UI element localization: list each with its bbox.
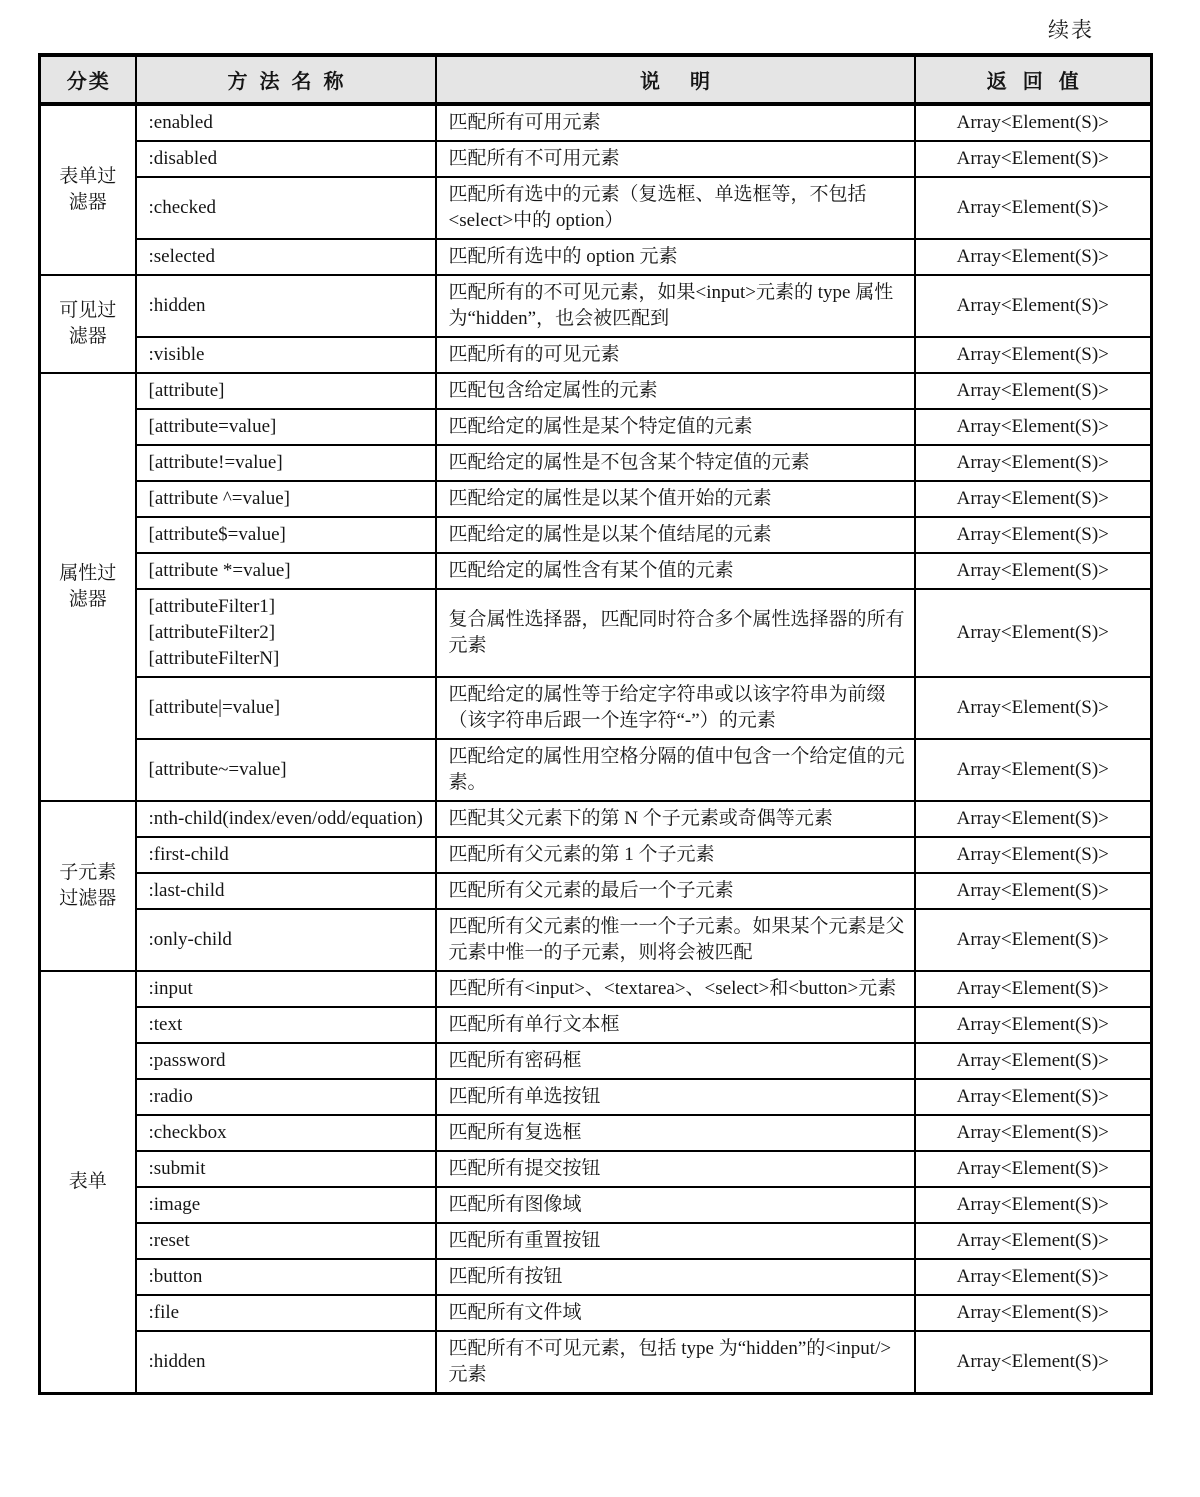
method-name-cell: :checkbox	[136, 1115, 436, 1151]
return-value-cell: Array<Element(S)>	[915, 481, 1152, 517]
return-value-cell: Array<Element(S)>	[915, 275, 1152, 337]
return-value-cell: Array<Element(S)>	[915, 1331, 1152, 1394]
description-cell: 匹配给定的属性是以某个值开始的元素	[436, 481, 915, 517]
selector-reference-table: 分类 方法名称 说明 返回值 表单过滤器:enabled匹配所有可用元素Arra…	[38, 53, 1153, 1395]
continued-table-label: 续表	[38, 14, 1150, 44]
method-name-cell: [attribute ^=value]	[136, 481, 436, 517]
document-page: 续表 分类 方法名称 说明 返回值 表单过滤器:enabled匹配所有可用元素A…	[38, 0, 1150, 1395]
description-cell: 匹配所有选中的 option 元素	[436, 239, 915, 275]
table-row: [attribute ^=value]匹配给定的属性是以某个值开始的元素Arra…	[40, 481, 1152, 517]
method-name-cell: :disabled	[136, 141, 436, 177]
description-cell: 匹配所有选中的元素（复选框、单选框等，不包括<select>中的 option）	[436, 177, 915, 239]
return-value-cell: Array<Element(S)>	[915, 1151, 1152, 1187]
table-row: 子元素过滤器:nth-child(index/even/odd/equation…	[40, 801, 1152, 837]
method-name-cell: :hidden	[136, 1331, 436, 1394]
return-value-cell: Array<Element(S)>	[915, 801, 1152, 837]
description-cell: 匹配给定的属性是以某个值结尾的元素	[436, 517, 915, 553]
category-label: 可见过滤器	[59, 298, 116, 350]
method-name-cell: :image	[136, 1187, 436, 1223]
description-cell: 匹配给定的属性是不包含某个特定值的元素	[436, 445, 915, 481]
method-name-cell: :file	[136, 1295, 436, 1331]
method-name-cell: [attribute~=value]	[136, 739, 436, 801]
description-cell: 匹配所有密码框	[436, 1043, 915, 1079]
method-name-cell: :button	[136, 1259, 436, 1295]
table-row: :visible匹配所有的可见元素Array<Element(S)>	[40, 337, 1152, 373]
return-value-cell: Array<Element(S)>	[915, 1043, 1152, 1079]
table-row: :button匹配所有按钮Array<Element(S)>	[40, 1259, 1152, 1295]
table-row: :disabled匹配所有不可用元素Array<Element(S)>	[40, 141, 1152, 177]
method-name-cell: :enabled	[136, 104, 436, 141]
return-value-cell: Array<Element(S)>	[915, 739, 1152, 801]
category-label: 子元素过滤器	[59, 860, 116, 912]
method-name-cell: [attribute *=value]	[136, 553, 436, 589]
category-cell: 表单	[40, 971, 136, 1394]
table-header-row: 分类 方法名称 说明 返回值	[40, 55, 1152, 104]
return-value-cell: Array<Element(S)>	[915, 373, 1152, 409]
table-row: :radio匹配所有单选按钮Array<Element(S)>	[40, 1079, 1152, 1115]
method-name-cell: [attribute$=value]	[136, 517, 436, 553]
return-value-cell: Array<Element(S)>	[915, 1007, 1152, 1043]
table-row: [attribute~=value]匹配给定的属性用空格分隔的值中包含一个给定值…	[40, 739, 1152, 801]
method-name-cell: [attribute|=value]	[136, 677, 436, 739]
return-value-cell: Array<Element(S)>	[915, 837, 1152, 873]
table-row: :checkbox匹配所有复选框Array<Element(S)>	[40, 1115, 1152, 1151]
method-name-cell: :last-child	[136, 873, 436, 909]
return-value-cell: Array<Element(S)>	[915, 553, 1152, 589]
table-row: :reset匹配所有重置按钮Array<Element(S)>	[40, 1223, 1152, 1259]
method-name-cell: :first-child	[136, 837, 436, 873]
header-return-value: 返回值	[915, 55, 1152, 104]
method-name-cell: [attribute!=value]	[136, 445, 436, 481]
return-value-cell: Array<Element(S)>	[915, 239, 1152, 275]
description-cell: 匹配给定的属性等于给定字符串或以该字符串为前缀（该字符串后跟一个连字符“-”）的…	[436, 677, 915, 739]
category-cell: 子元素过滤器	[40, 801, 136, 971]
table-row: :first-child匹配所有父元素的第 1 个子元素Array<Elemen…	[40, 837, 1152, 873]
table-row: [attribute *=value]匹配给定的属性含有某个值的元素Array<…	[40, 553, 1152, 589]
table-row: :submit匹配所有提交按钮Array<Element(S)>	[40, 1151, 1152, 1187]
description-cell: 匹配所有不可用元素	[436, 141, 915, 177]
description-cell: 匹配所有图像域	[436, 1187, 915, 1223]
table-row: :selected匹配所有选中的 option 元素Array<Element(…	[40, 239, 1152, 275]
return-value-cell: Array<Element(S)>	[915, 445, 1152, 481]
return-value-cell: Array<Element(S)>	[915, 1115, 1152, 1151]
description-cell: 匹配所有提交按钮	[436, 1151, 915, 1187]
description-cell: 匹配给定的属性是某个特定值的元素	[436, 409, 915, 445]
method-name-cell: :hidden	[136, 275, 436, 337]
method-name-cell: :input	[136, 971, 436, 1007]
method-name-cell: :only-child	[136, 909, 436, 971]
description-cell: 复合属性选择器，匹配同时符合多个属性选择器的所有元素	[436, 589, 915, 677]
description-cell: 匹配所有文件域	[436, 1295, 915, 1331]
table-row: :hidden匹配所有不可见元素，包括 type 为“hidden”的<inpu…	[40, 1331, 1152, 1394]
table-body: 表单过滤器:enabled匹配所有可用元素Array<Element(S)>:d…	[40, 104, 1152, 1394]
description-cell: 匹配包含给定属性的元素	[436, 373, 915, 409]
description-cell: 匹配所有不可见元素，包括 type 为“hidden”的<input/>元素	[436, 1331, 915, 1394]
description-cell: 匹配所有单行文本框	[436, 1007, 915, 1043]
description-cell: 匹配所有按钮	[436, 1259, 915, 1295]
method-name-cell: :submit	[136, 1151, 436, 1187]
return-value-cell: Array<Element(S)>	[915, 1079, 1152, 1115]
table-row: [attributeFilter1] [attributeFilter2] [a…	[40, 589, 1152, 677]
return-value-cell: Array<Element(S)>	[915, 909, 1152, 971]
return-value-cell: Array<Element(S)>	[915, 677, 1152, 739]
table-row: :password匹配所有密码框Array<Element(S)>	[40, 1043, 1152, 1079]
table-row: 表单:input匹配所有<input>、<textarea>、<select>和…	[40, 971, 1152, 1007]
table-row: :last-child匹配所有父元素的最后一个子元素Array<Element(…	[40, 873, 1152, 909]
description-cell: 匹配所有复选框	[436, 1115, 915, 1151]
category-cell: 属性过滤器	[40, 373, 136, 801]
category-label: 表单	[59, 1169, 116, 1195]
header-method-name: 方法名称	[136, 55, 436, 104]
method-name-cell: [attributeFilter1] [attributeFilter2] [a…	[136, 589, 436, 677]
description-cell: 匹配所有父元素的惟一一个子元素。如果某个元素是父元素中惟一的子元素，则将会被匹配	[436, 909, 915, 971]
description-cell: 匹配给定的属性含有某个值的元素	[436, 553, 915, 589]
table-row: [attribute!=value]匹配给定的属性是不包含某个特定值的元素Arr…	[40, 445, 1152, 481]
return-value-cell: Array<Element(S)>	[915, 104, 1152, 141]
table-row: :image匹配所有图像域Array<Element(S)>	[40, 1187, 1152, 1223]
method-name-cell: :visible	[136, 337, 436, 373]
return-value-cell: Array<Element(S)>	[915, 1259, 1152, 1295]
return-value-cell: Array<Element(S)>	[915, 873, 1152, 909]
return-value-cell: Array<Element(S)>	[915, 517, 1152, 553]
method-name-cell: :password	[136, 1043, 436, 1079]
table-row: :text匹配所有单行文本框Array<Element(S)>	[40, 1007, 1152, 1043]
method-name-cell: :radio	[136, 1079, 436, 1115]
description-cell: 匹配所有可用元素	[436, 104, 915, 141]
method-name-cell: [attribute]	[136, 373, 436, 409]
description-cell: 匹配所有的不可见元素，如果<input>元素的 type 属性为“hidden”…	[436, 275, 915, 337]
table-row: :file匹配所有文件域Array<Element(S)>	[40, 1295, 1152, 1331]
table-row: :only-child匹配所有父元素的惟一一个子元素。如果某个元素是父元素中惟一…	[40, 909, 1152, 971]
return-value-cell: Array<Element(S)>	[915, 177, 1152, 239]
category-cell: 表单过滤器	[40, 104, 136, 275]
table-row: [attribute|=value]匹配给定的属性等于给定字符串或以该字符串为前…	[40, 677, 1152, 739]
category-label: 表单过滤器	[59, 164, 116, 216]
method-name-cell: [attribute=value]	[136, 409, 436, 445]
description-cell: 匹配所有的可见元素	[436, 337, 915, 373]
table-row: 表单过滤器:enabled匹配所有可用元素Array<Element(S)>	[40, 104, 1152, 141]
return-value-cell: Array<Element(S)>	[915, 589, 1152, 677]
description-cell: 匹配给定的属性用空格分隔的值中包含一个给定值的元素。	[436, 739, 915, 801]
category-label: 属性过滤器	[59, 561, 116, 613]
table-row: :checked匹配所有选中的元素（复选框、单选框等，不包括<select>中的…	[40, 177, 1152, 239]
return-value-cell: Array<Element(S)>	[915, 1223, 1152, 1259]
table-row: [attribute$=value]匹配给定的属性是以某个值结尾的元素Array…	[40, 517, 1152, 553]
table-row: 可见过滤器:hidden匹配所有的不可见元素，如果<input>元素的 type…	[40, 275, 1152, 337]
method-name-cell: :checked	[136, 177, 436, 239]
return-value-cell: Array<Element(S)>	[915, 1295, 1152, 1331]
method-name-cell: :selected	[136, 239, 436, 275]
category-cell: 可见过滤器	[40, 275, 136, 373]
return-value-cell: Array<Element(S)>	[915, 971, 1152, 1007]
description-cell: 匹配所有<input>、<textarea>、<select>和<button>…	[436, 971, 915, 1007]
description-cell: 匹配所有重置按钮	[436, 1223, 915, 1259]
method-name-cell: :reset	[136, 1223, 436, 1259]
return-value-cell: Array<Element(S)>	[915, 337, 1152, 373]
return-value-cell: Array<Element(S)>	[915, 141, 1152, 177]
return-value-cell: Array<Element(S)>	[915, 1187, 1152, 1223]
method-name-cell: :nth-child(index/even/odd/equation)	[136, 801, 436, 837]
return-value-cell: Array<Element(S)>	[915, 409, 1152, 445]
header-description: 说明	[436, 55, 915, 104]
description-cell: 匹配所有父元素的第 1 个子元素	[436, 837, 915, 873]
table-row: [attribute=value]匹配给定的属性是某个特定值的元素Array<E…	[40, 409, 1152, 445]
header-category: 分类	[40, 55, 136, 104]
description-cell: 匹配其父元素下的第 N 个子元素或奇偶等元素	[436, 801, 915, 837]
description-cell: 匹配所有单选按钮	[436, 1079, 915, 1115]
method-name-cell: :text	[136, 1007, 436, 1043]
description-cell: 匹配所有父元素的最后一个子元素	[436, 873, 915, 909]
table-row: 属性过滤器[attribute]匹配包含给定属性的元素Array<Element…	[40, 373, 1152, 409]
